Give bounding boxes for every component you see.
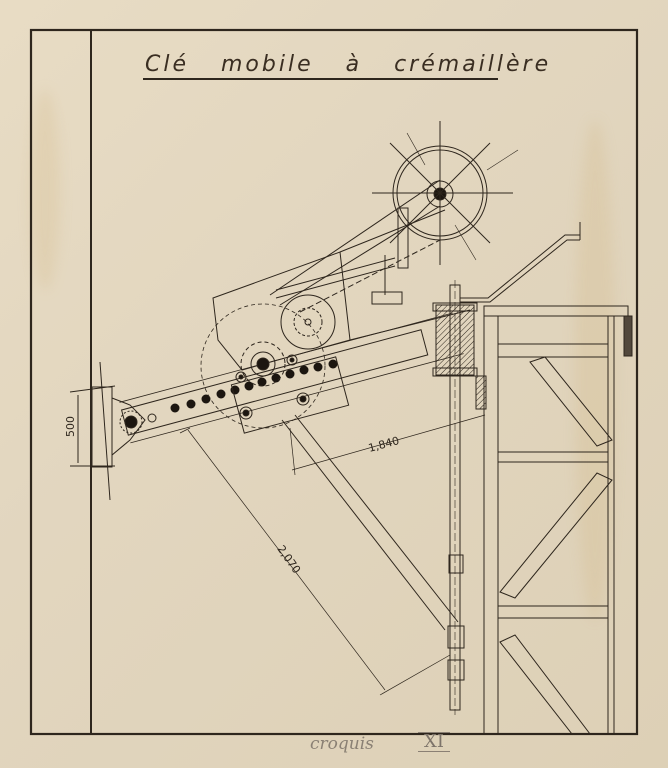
idler-wheel bbox=[281, 295, 335, 349]
vertical-spindle bbox=[433, 280, 486, 715]
crank-handle bbox=[460, 222, 580, 302]
technical-drawing bbox=[0, 0, 668, 768]
plate-number: XI bbox=[418, 732, 450, 752]
handwheel bbox=[372, 121, 518, 265]
wall-bracket bbox=[70, 362, 145, 500]
handwritten-note: croquis bbox=[310, 734, 374, 754]
drawing-title: Clé mobile à crémaillère bbox=[145, 52, 500, 77]
pinion-gear bbox=[201, 304, 325, 428]
dimension-label-500: 500 bbox=[64, 416, 77, 437]
rack-hole bbox=[148, 414, 156, 422]
gear-housing bbox=[213, 210, 470, 433]
trestle-frame bbox=[484, 306, 632, 734]
